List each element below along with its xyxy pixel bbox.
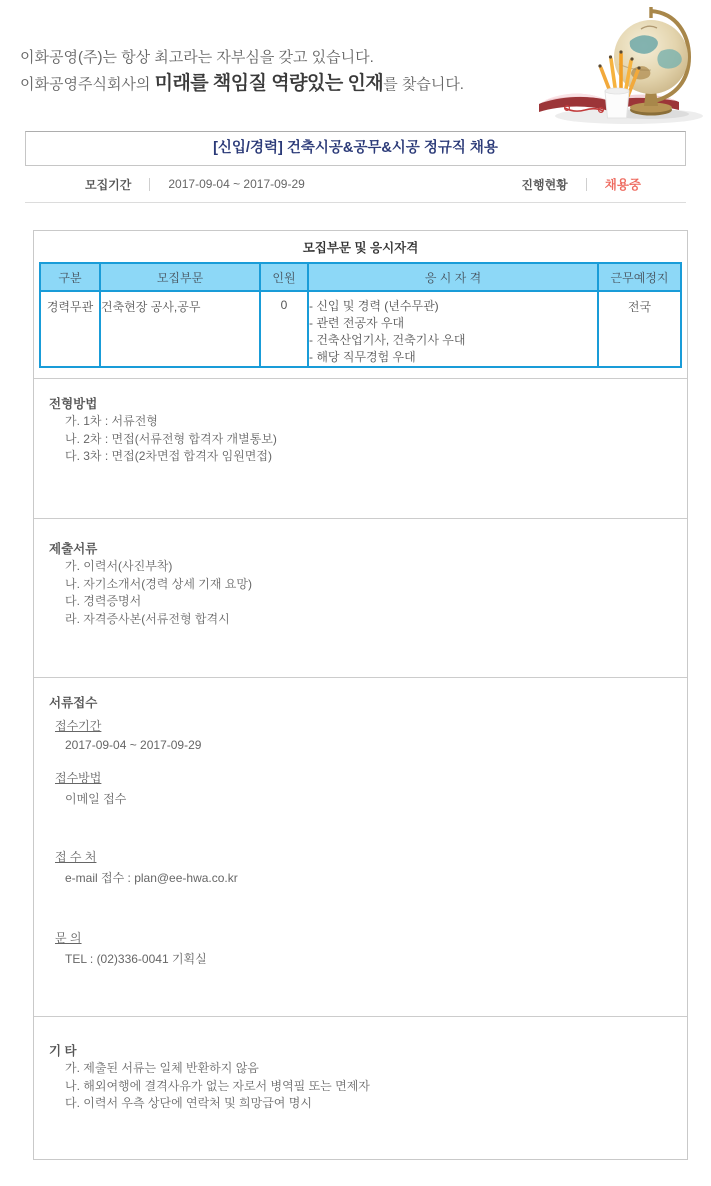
slogan-strong: 미래를 책임질 역량있는 인재 <box>155 73 384 94</box>
col-header-category: 구분 <box>40 263 100 291</box>
etc-heading: 기 타 <box>34 1017 687 1060</box>
selection-method-heading: 전형방법 <box>34 379 687 413</box>
header-slogan-line2: 이화공영주식회사의 미래를 책임질 역량있는 인재를 찾습니다. <box>20 68 464 95</box>
application-period-label: 접수기간 <box>55 717 101 734</box>
job-posting-title: [신입/경력] 건축시공&공무&시공 정규직 채용 <box>25 131 686 166</box>
application-period-block: 접수기간 2017-09-04 ~ 2017-09-29 <box>34 717 687 752</box>
slogan-suffix: 를 찾습니다. <box>383 76 464 93</box>
application-address-block: 접 수 처 e-mail 접수 : plan@ee-hwa.co.kr <box>34 848 687 886</box>
recruit-table-data-row: 경력무관 건축현장 공사,공무 0 - 신입 및 경력 (년수무관) - 관련 … <box>40 291 681 367</box>
qualification-item: - 관련 전공자 우대 <box>309 315 597 332</box>
recruit-period-label: 모집기간 <box>85 176 131 193</box>
cell-category: 경력무관 <box>40 291 100 367</box>
globe-books-pencils-image <box>537 4 705 128</box>
application-method-label: 접수방법 <box>55 769 101 786</box>
meta-divider <box>149 178 150 191</box>
etc-item: 다. 이력서 우측 상단에 연락처 및 희망급여 명시 <box>34 1095 687 1113</box>
etc-item: 가. 제출된 서류는 일체 반환하지 않음 <box>34 1060 687 1078</box>
selection-method-item: 다. 3차 : 면접(2차면접 합격자 임원면접) <box>34 448 687 466</box>
selection-method-item: 나. 2차 : 면접(서류전형 합격자 개별통보) <box>34 431 687 449</box>
required-document-item: 나. 자기소개서(경력 상세 기재 요망) <box>34 576 687 594</box>
required-document-item: 가. 이력서(사진부착) <box>34 558 687 576</box>
qualification-item: - 건축산업기사, 건축기사 우대 <box>309 332 597 349</box>
section-required-documents: 제출서류 가. 이력서(사진부착) 나. 자기소개서(경력 상세 기재 요망) … <box>34 518 687 677</box>
recruit-table-header-row: 구분 모집부문 인원 응 시 자 격 근무예정지 <box>40 263 681 291</box>
posting-meta-row: 모집기간 2017-09-04 ~ 2017-09-29 진행현황 채용중 <box>25 166 686 203</box>
header-slogan-line1: 이화공영(주)는 항상 최고라는 자부심을 갖고 있습니다. <box>20 46 374 67</box>
application-method-value: 이메일 접수 <box>65 790 687 807</box>
posting-detail-box: 모집부문 및 응시자격 구분 모집부문 인원 응 시 자 격 근무예정지 경력무… <box>33 230 688 1160</box>
progress-status-label: 진행현황 <box>521 176 567 193</box>
inquiry-phone-value: TEL : (02)336-0041 기획실 <box>65 950 687 967</box>
qualification-item: - 신입 및 경력 (년수무관) <box>309 298 597 315</box>
application-address-label: 접 수 처 <box>55 848 96 865</box>
section-selection-method: 전형방법 가. 1차 : 서류전형 나. 2차 : 면접(서류전형 합격자 개별… <box>34 378 687 518</box>
section-application: 서류접수 접수기간 2017-09-04 ~ 2017-09-29 접수방법 이… <box>34 677 687 1016</box>
meta-divider <box>586 178 587 191</box>
selection-method-item: 가. 1차 : 서류전형 <box>34 413 687 431</box>
required-documents-heading: 제출서류 <box>34 519 687 558</box>
col-header-position: 모집부문 <box>100 263 260 291</box>
recruit-table-title: 모집부문 및 응시자격 <box>34 238 687 256</box>
application-email-value: e-mail 접수 : plan@ee-hwa.co.kr <box>65 869 687 886</box>
recruit-period-value: 2017-09-04 ~ 2017-09-29 <box>168 177 304 191</box>
section-etc: 기 타 가. 제출된 서류는 일체 반환하지 않음 나. 해외여행에 결격사유가… <box>34 1016 687 1159</box>
page-header: 이화공영(주)는 항상 최고라는 자부심을 갖고 있습니다. 이화공영주식회사의… <box>0 0 711 131</box>
status-badge: 채용중 <box>605 175 641 193</box>
col-header-location: 근무예정지 <box>598 263 681 291</box>
inquiry-block: 문 의 TEL : (02)336-0041 기획실 <box>34 929 687 967</box>
cell-count: 0 <box>260 291 308 367</box>
application-period-value: 2017-09-04 ~ 2017-09-29 <box>65 738 687 752</box>
application-heading: 서류접수 <box>34 678 687 712</box>
inquiry-label: 문 의 <box>55 929 82 946</box>
application-method-block: 접수방법 이메일 접수 <box>34 769 687 807</box>
cell-location: 전국 <box>598 291 681 367</box>
required-document-item: 다. 경력증명서 <box>34 593 687 611</box>
section-recruit-table: 모집부문 및 응시자격 구분 모집부문 인원 응 시 자 격 근무예정지 경력무… <box>34 231 687 378</box>
recruit-table: 구분 모집부문 인원 응 시 자 격 근무예정지 경력무관 건축현장 공사,공무… <box>39 262 682 368</box>
col-header-qualification: 응 시 자 격 <box>308 263 598 291</box>
slogan-prefix: 이화공영주식회사의 <box>20 76 155 93</box>
cell-position: 건축현장 공사,공무 <box>100 291 260 367</box>
etc-item: 나. 해외여행에 결격사유가 없는 자로서 병역필 또는 면제자 <box>34 1078 687 1096</box>
qualification-item: - 해당 직무경험 우대 <box>309 349 597 366</box>
col-header-count: 인원 <box>260 263 308 291</box>
cell-qualifications: - 신입 및 경력 (년수무관) - 관련 전공자 우대 - 건축산업기사, 건… <box>308 291 598 367</box>
required-document-item: 라. 자격증사본(서류전형 합격시 <box>34 611 687 629</box>
